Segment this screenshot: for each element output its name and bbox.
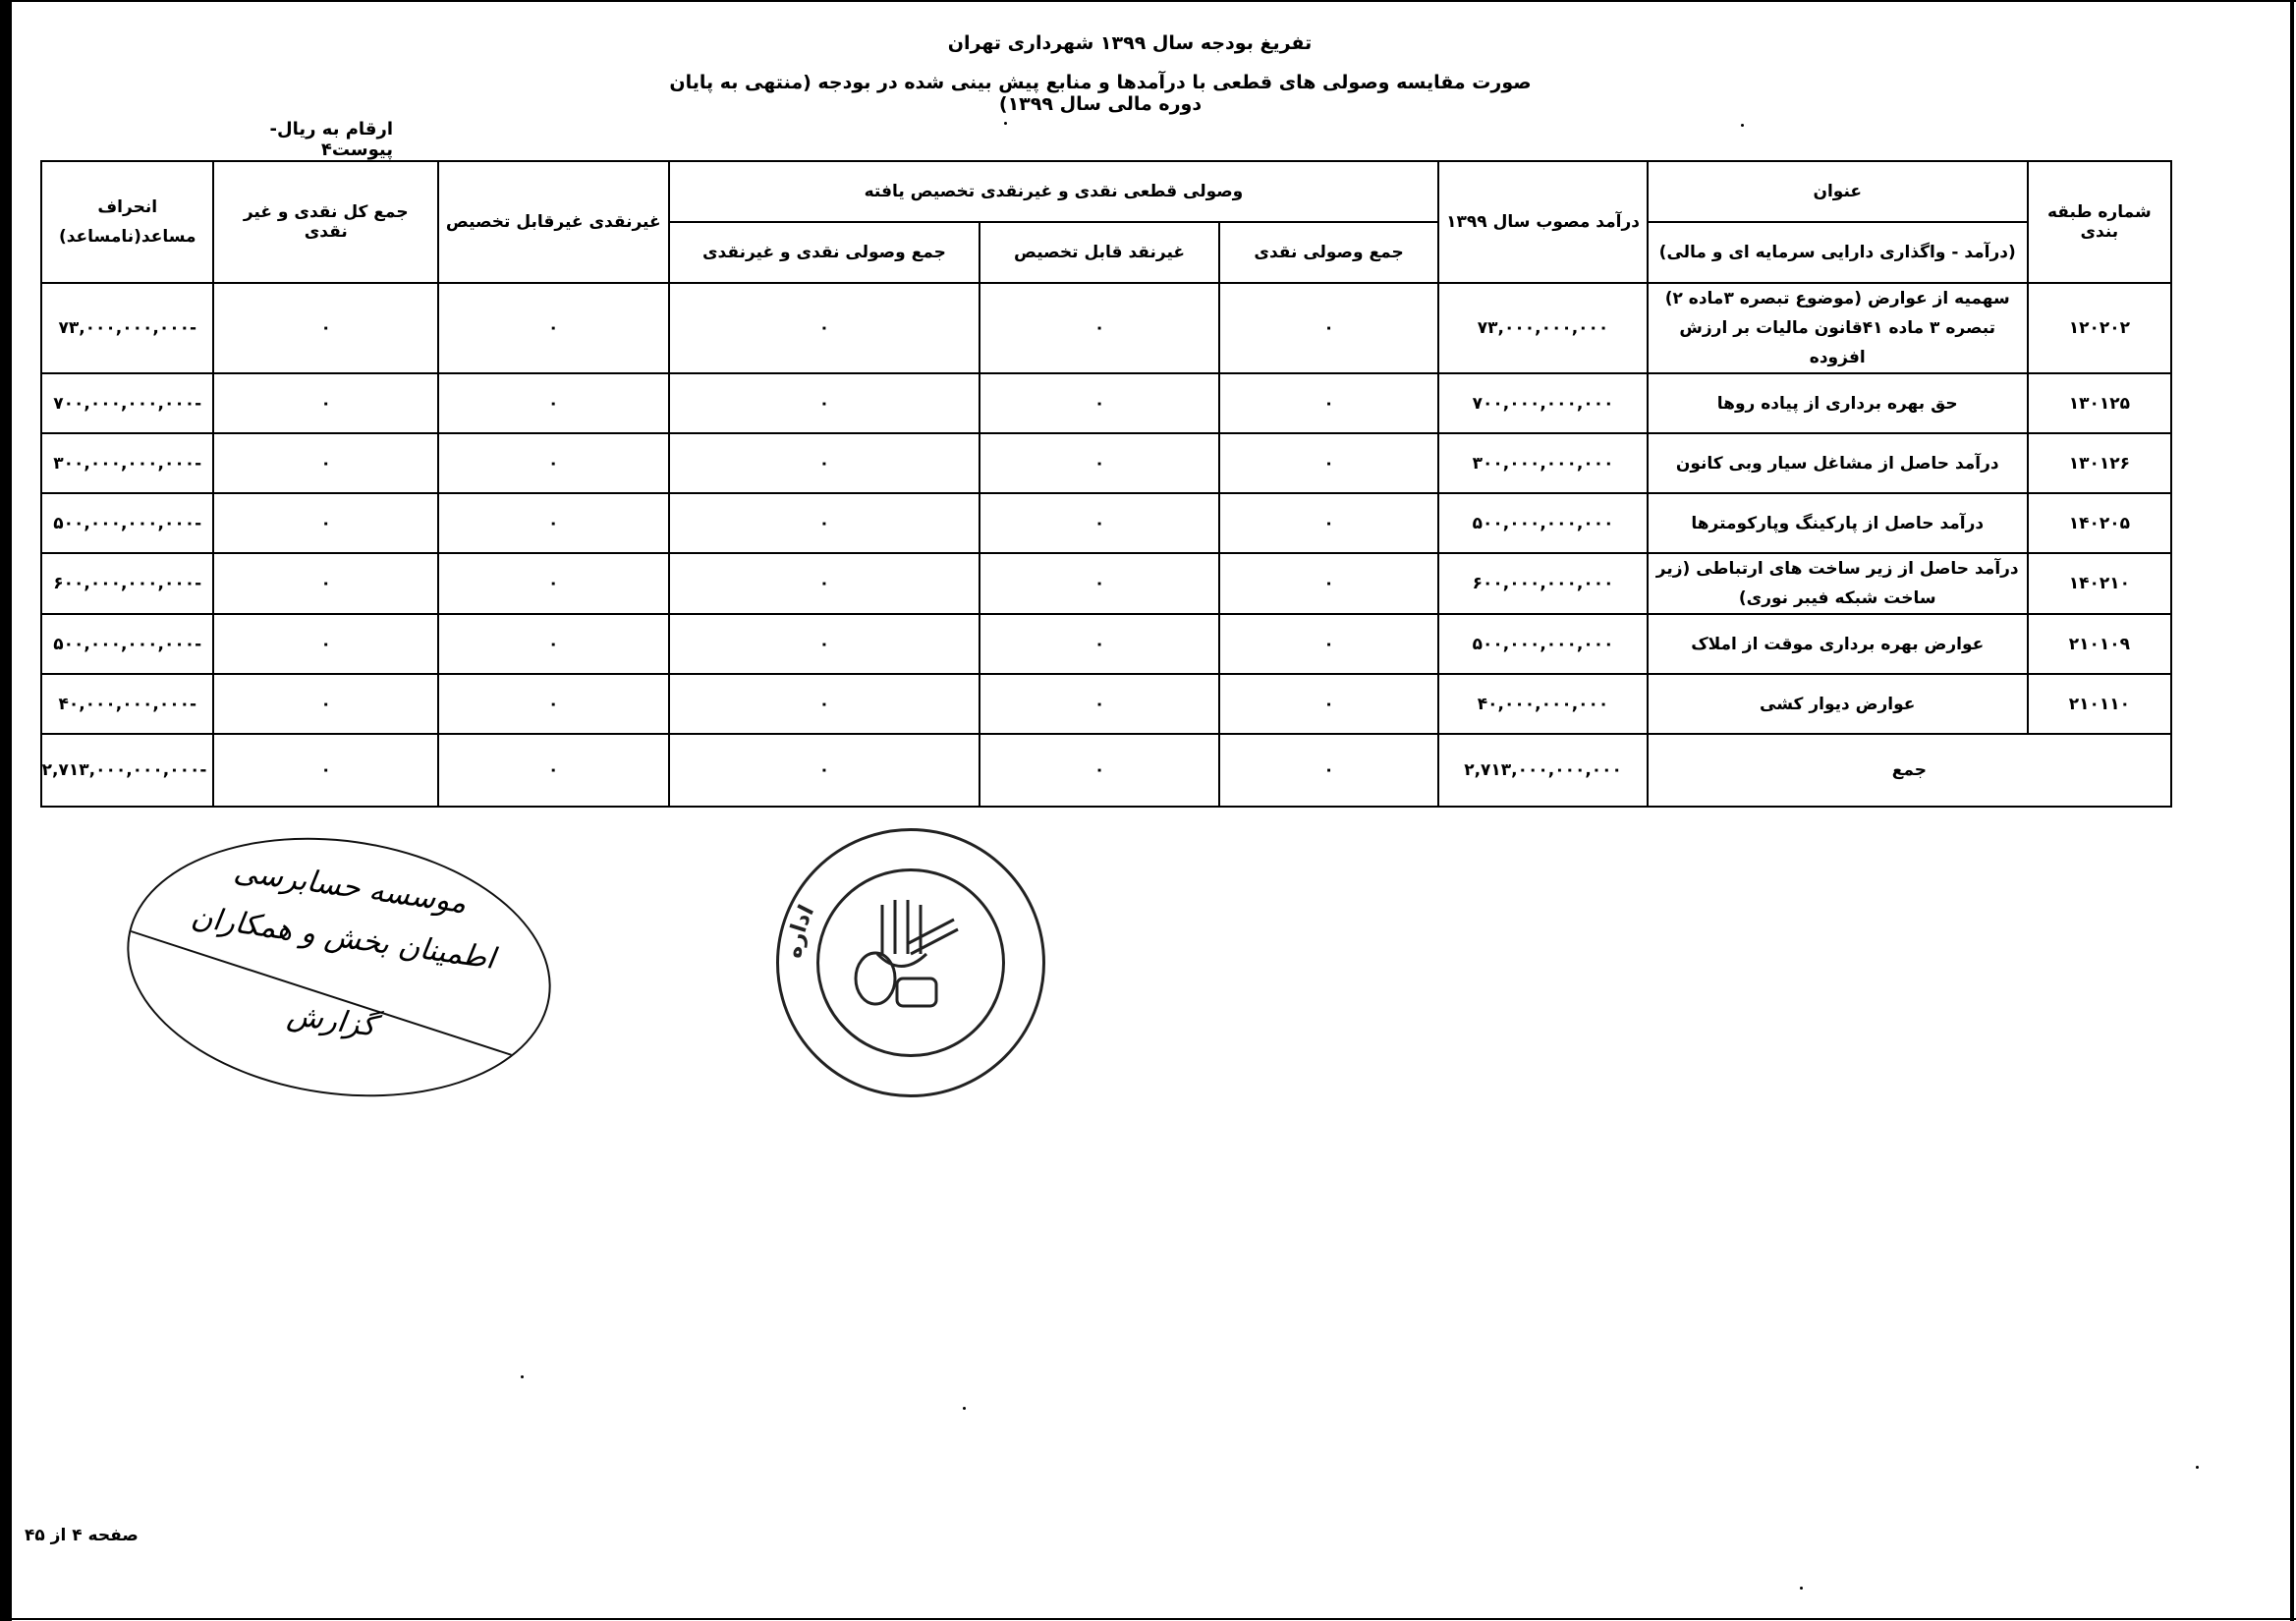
cell-cash: ۰ <box>1219 674 1439 734</box>
cell-cash: ۰ <box>1219 553 1439 614</box>
cell-title: عوارض دیوار کشی <box>1648 674 2028 734</box>
scan-speck <box>1741 124 1744 127</box>
cell-noncash-alloc: ۰ <box>980 614 1219 674</box>
header-code: شماره طبقه بندی <box>2028 161 2171 283</box>
cell-total: ۰ <box>213 553 438 614</box>
cell-noncash-alloc: ۰ <box>980 283 1219 373</box>
page-border-top <box>0 0 2296 2</box>
header-sum-alloc: جمع وصولی نقدی و غیرنقدی <box>669 222 980 283</box>
table-row: ۱۴۰۲۰۵ درآمد حاصل از پارکینگ وپارکومترها… <box>41 493 2171 553</box>
cell-code: ۱۲۰۲۰۲ <box>2028 283 2171 373</box>
cell-cash: ۰ <box>1219 433 1439 493</box>
cell-noncash-nonalloc: ۰ <box>438 283 669 373</box>
cell-approved: ۴۰,۰۰۰,۰۰۰,۰۰۰ <box>1438 674 1647 734</box>
scan-speck <box>2196 1466 2199 1469</box>
cell-noncash-alloc: ۰ <box>980 433 1219 493</box>
cell-cash: ۰ <box>1219 493 1439 553</box>
cell-sum-alloc: ۰ <box>669 283 980 373</box>
total-noncash-nonalloc: ۰ <box>438 734 669 807</box>
cell-approved: ۳۰۰,۰۰۰,۰۰۰,۰۰۰ <box>1438 433 1647 493</box>
cell-sum-alloc: ۰ <box>669 614 980 674</box>
scan-speck <box>963 1407 966 1410</box>
total-total: ۰ <box>213 734 438 807</box>
cell-noncash-alloc: ۰ <box>980 553 1219 614</box>
budget-comparison-table: شماره طبقه بندی عنوان درآمد مصوب سال ۱۳۹… <box>40 160 2172 808</box>
cell-noncash-nonalloc: ۰ <box>438 373 669 433</box>
page-border-left <box>0 0 12 1621</box>
header-total: جمع کل نقدی و غیر نقدی <box>213 161 438 283</box>
unit-note: ارقام به ریال- پیوست۴ <box>196 119 393 160</box>
table-row: ۲۱۰۱۱۰ عوارض دیوار کشی ۴۰,۰۰۰,۰۰۰,۰۰۰ ۰ … <box>41 674 2171 734</box>
cell-noncash-nonalloc: ۰ <box>438 433 669 493</box>
total-row: جمع ۲,۷۱۳,۰۰۰,۰۰۰,۰۰۰ ۰ ۰ ۰ ۰ ۰ -۲,۷۱۳,۰… <box>41 734 2171 807</box>
cell-cash: ۰ <box>1219 283 1439 373</box>
cell-sum-alloc: ۰ <box>669 553 980 614</box>
total-noncash-alloc: ۰ <box>980 734 1219 807</box>
header-group-allocated: وصولی قطعی نقدی و غیرنقدی تخصیص یافته <box>669 161 1439 222</box>
header-cash: جمع وصولی نقدی <box>1219 222 1439 283</box>
cell-code: ۱۳۰۱۲۵ <box>2028 373 2171 433</box>
total-deviation: -۲,۷۱۳,۰۰۰,۰۰۰,۰۰۰ <box>41 734 213 807</box>
cell-noncash-nonalloc: ۰ <box>438 614 669 674</box>
cell-noncash-nonalloc: ۰ <box>438 553 669 614</box>
page-number: صفحه ۴ از ۴۵ <box>25 1526 139 1545</box>
cell-title: درآمد حاصل از مشاغل سیار وبی کانون <box>1648 433 2028 493</box>
cell-approved: ۶۰۰,۰۰۰,۰۰۰,۰۰۰ <box>1438 553 1647 614</box>
cell-cash: ۰ <box>1219 373 1439 433</box>
cell-total: ۰ <box>213 614 438 674</box>
cell-total: ۰ <box>213 373 438 433</box>
seal-emblem-icon <box>838 885 976 1023</box>
scan-speck <box>1004 122 1007 125</box>
cell-sum-alloc: ۰ <box>669 433 980 493</box>
cell-deviation: -۶۰۰,۰۰۰,۰۰۰,۰۰۰ <box>41 553 213 614</box>
header-approved: درآمد مصوب سال ۱۳۹۹ <box>1438 161 1647 283</box>
page-border-right <box>2290 0 2294 1621</box>
scan-speck <box>1800 1587 1803 1590</box>
cell-noncash-alloc: ۰ <box>980 674 1219 734</box>
cell-sum-alloc: ۰ <box>669 493 980 553</box>
cell-deviation: -۷۳,۰۰۰,۰۰۰,۰۰۰ <box>41 283 213 373</box>
header-title-bottom: (درآمد - واگذاری دارایی سرمایه ای و مالی… <box>1648 222 2028 283</box>
header-row-1: شماره طبقه بندی عنوان درآمد مصوب سال ۱۳۹… <box>41 161 2171 222</box>
cell-deviation: -۵۰۰,۰۰۰,۰۰۰,۰۰۰ <box>41 614 213 674</box>
table-row: ۱۲۰۲۰۲ سهمیه از عوارض (موضوع تبصره ۳ماده… <box>41 283 2171 373</box>
cell-noncash-nonalloc: ۰ <box>438 493 669 553</box>
cell-cash: ۰ <box>1219 614 1439 674</box>
cell-title: درآمد حاصل از پارکینگ وپارکومترها <box>1648 493 2028 553</box>
table-row: ۱۳۰۱۲۶ درآمد حاصل از مشاغل سیار وبی کانو… <box>41 433 2171 493</box>
total-approved: ۲,۷۱۳,۰۰۰,۰۰۰,۰۰۰ <box>1438 734 1647 807</box>
document-title: تفریغ بودجه سال ۱۳۹۹ شهرداری تهران <box>688 32 1572 54</box>
cell-code: ۱۴۰۲۱۰ <box>2028 553 2171 614</box>
svg-text:اداره مصوبات شورای اسلامی شهر: اداره مصوبات شورای اسلامی شهر تهران <box>779 831 819 967</box>
cell-total: ۰ <box>213 493 438 553</box>
cell-deviation: -۴۰,۰۰۰,۰۰۰,۰۰۰ <box>41 674 213 734</box>
cell-code: ۲۱۰۱۱۰ <box>2028 674 2171 734</box>
cell-approved: ۵۰۰,۰۰۰,۰۰۰,۰۰۰ <box>1438 614 1647 674</box>
auditor-stamp: موسسه حسابرسی اطمینان بخش و همکاران گزار… <box>110 811 568 1123</box>
header-noncash-alloc: غیرنقد قابل تخصیص <box>980 222 1219 283</box>
cell-total: ۰ <box>213 674 438 734</box>
page-border-bottom <box>0 1618 2296 1620</box>
cell-title: حق بهره برداری از پیاده روها <box>1648 373 2028 433</box>
council-seal: اداره مصوبات شورای اسلامی شهر تهران <box>776 828 1045 1097</box>
cell-noncash-alloc: ۰ <box>980 373 1219 433</box>
cell-noncash-alloc: ۰ <box>980 493 1219 553</box>
cell-code: ۱۴۰۲۰۵ <box>2028 493 2171 553</box>
table-row: ۱۴۰۲۱۰ درآمد حاصل از زیر ساخت های ارتباط… <box>41 553 2171 614</box>
total-cash: ۰ <box>1219 734 1439 807</box>
total-label: جمع <box>1648 734 2171 807</box>
cell-approved: ۷۰۰,۰۰۰,۰۰۰,۰۰۰ <box>1438 373 1647 433</box>
table-row: ۱۳۰۱۲۵ حق بهره برداری از پیاده روها ۷۰۰,… <box>41 373 2171 433</box>
cell-code: ۲۱۰۱۰۹ <box>2028 614 2171 674</box>
total-sum-alloc: ۰ <box>669 734 980 807</box>
cell-approved: ۵۰۰,۰۰۰,۰۰۰,۰۰۰ <box>1438 493 1647 553</box>
cell-title: سهمیه از عوارض (موضوع تبصره ۳ماده ۲) تبص… <box>1648 283 2028 373</box>
cell-title: عوارض بهره برداری موقت از املاک <box>1648 614 2028 674</box>
cell-deviation: -۵۰۰,۰۰۰,۰۰۰,۰۰۰ <box>41 493 213 553</box>
header-deviation: انحراف مساعد(نامساعد) <box>41 161 213 283</box>
cell-code: ۱۳۰۱۲۶ <box>2028 433 2171 493</box>
cell-sum-alloc: ۰ <box>669 674 980 734</box>
cell-deviation: -۳۰۰,۰۰۰,۰۰۰,۰۰۰ <box>41 433 213 493</box>
cell-noncash-nonalloc: ۰ <box>438 674 669 734</box>
cell-total: ۰ <box>213 433 438 493</box>
cell-total: ۰ <box>213 283 438 373</box>
header-noncash-nonalloc: غیرنقدی غیرقابل تخصیص <box>438 161 669 283</box>
auditor-stamp-line3: گزارش <box>120 975 543 1068</box>
cell-approved: ۷۳,۰۰۰,۰۰۰,۰۰۰ <box>1438 283 1647 373</box>
cell-title: درآمد حاصل از زیر ساخت های ارتباطی (زیر … <box>1648 553 2028 614</box>
cell-deviation: -۷۰۰,۰۰۰,۰۰۰,۰۰۰ <box>41 373 213 433</box>
cell-sum-alloc: ۰ <box>669 373 980 433</box>
document-subtitle: صورت مقایسه وصولی های قطعی با درآمدها و … <box>648 72 1552 115</box>
table-row: ۲۱۰۱۰۹ عوارض بهره برداری موقت از املاک ۵… <box>41 614 2171 674</box>
header-title-top: عنوان <box>1648 161 2028 222</box>
scan-speck <box>521 1375 524 1378</box>
